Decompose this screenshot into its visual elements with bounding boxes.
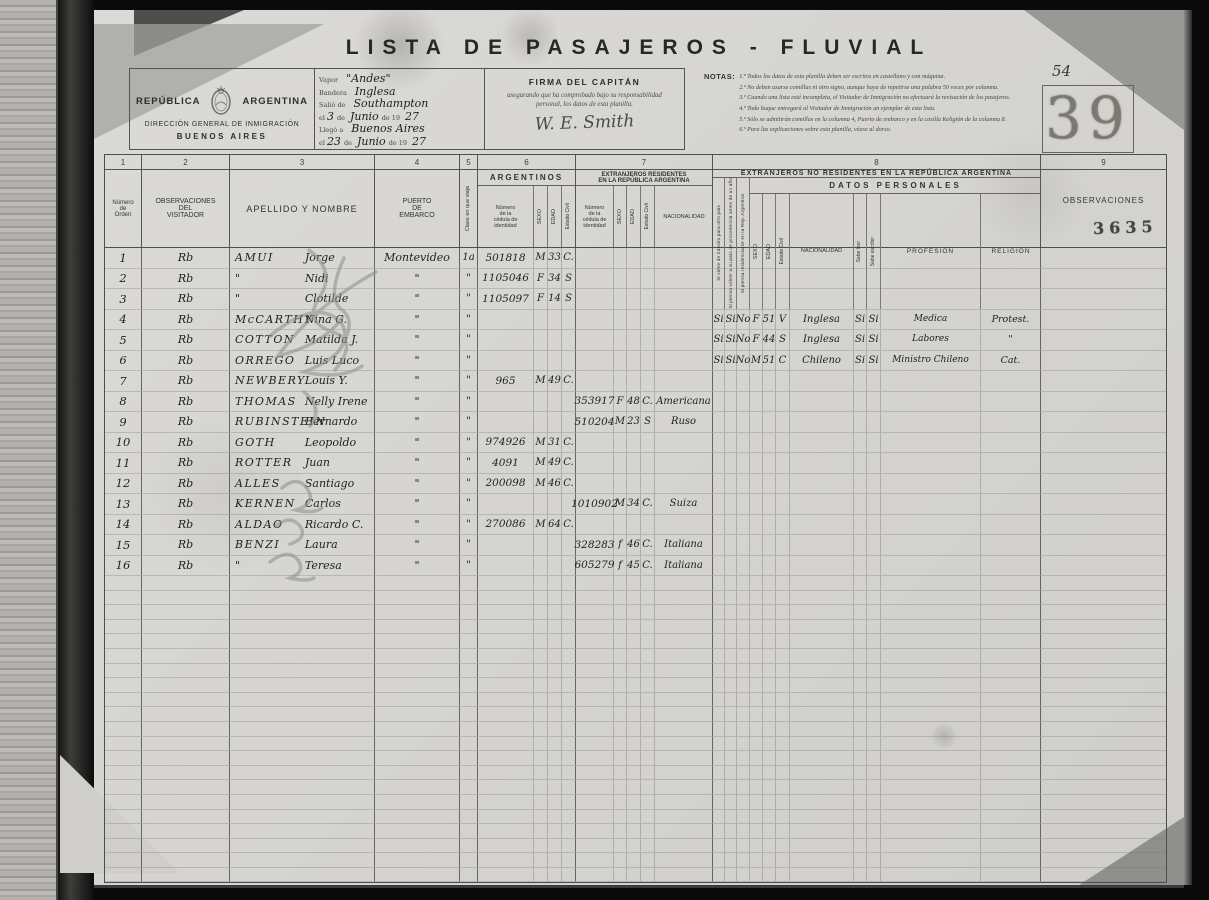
empty-cell xyxy=(713,591,725,606)
empty-cell xyxy=(534,634,548,649)
empty-cell xyxy=(713,737,725,752)
empty-cell xyxy=(562,634,576,649)
nr_age-cell xyxy=(763,433,776,454)
empty-cell xyxy=(548,810,562,825)
a_ec-cell: S xyxy=(562,269,576,290)
vis-cell: Rb xyxy=(142,474,230,495)
n1-cell xyxy=(713,433,725,454)
empty-cell xyxy=(725,693,737,708)
empty-cell xyxy=(763,649,776,664)
r_nac-cell xyxy=(655,248,713,269)
nr_nac-cell xyxy=(790,412,854,433)
nr_age-cell xyxy=(763,412,776,433)
empty-cell xyxy=(576,707,614,722)
a_age-cell xyxy=(548,351,562,372)
empty-cell xyxy=(981,620,1041,635)
empty-cell xyxy=(230,810,375,825)
empty-cell xyxy=(725,795,737,810)
empty-cell xyxy=(713,780,725,795)
nr_leer-cell xyxy=(854,453,867,474)
header-ext-no-residentes: EXTRANJEROS NO RESIDENTES EN LA REPÚBLIC… xyxy=(713,170,1040,178)
empty-cell xyxy=(142,737,230,752)
nr_age-cell xyxy=(763,494,776,515)
nr_prof-cell xyxy=(881,494,981,515)
nr_prof-cell xyxy=(881,392,981,413)
nr_esc-cell xyxy=(867,412,881,433)
a_ced-cell: 1105097 xyxy=(478,289,534,310)
row-number-cell: 12 xyxy=(105,474,142,495)
empty-cell xyxy=(614,634,627,649)
empty-cell xyxy=(375,766,460,781)
empty-cell xyxy=(562,737,576,752)
empty-cell xyxy=(737,766,750,781)
el-label-2: el xyxy=(319,139,325,147)
a_age-cell: 31 xyxy=(548,433,562,454)
n3-cell xyxy=(737,433,750,454)
empty-cell xyxy=(790,810,854,825)
col-num: 7 xyxy=(576,155,713,169)
letterhead-strip: REPÚBLICA ARGENTINA DIRECCIÓN GENERAL DE… xyxy=(129,68,685,150)
captain-signature-box: FIRMA DEL CAPITÁN asegurando que ha comp… xyxy=(485,68,685,150)
empty-cell xyxy=(854,868,867,883)
a_ced-cell: 974926 xyxy=(478,433,534,454)
a_ced-cell xyxy=(478,392,534,413)
name-cell: GOTHLeopoldo xyxy=(230,433,375,454)
empty-cell xyxy=(981,824,1041,839)
nota-item: 3.ª Cuando una lista esté incompleta, el… xyxy=(739,93,1010,104)
nr_prof-cell xyxy=(881,453,981,474)
a_ced-cell xyxy=(478,494,534,515)
empty-cell xyxy=(534,795,548,810)
empty-cell xyxy=(655,576,713,591)
r_sex-cell: F xyxy=(614,392,627,413)
empty-cell xyxy=(763,780,776,795)
empty-cell xyxy=(1041,707,1166,722)
empty-cell xyxy=(981,839,1041,854)
captain-signature: W. E. Smith xyxy=(485,110,685,137)
nr_sex-cell: M xyxy=(750,351,763,372)
nr_rel-cell xyxy=(981,494,1041,515)
col-num: 2 xyxy=(142,155,230,169)
r_sex-cell: f xyxy=(614,556,627,577)
empty-cell xyxy=(776,868,790,883)
empty-cell xyxy=(548,780,562,795)
empty-cell xyxy=(142,839,230,854)
empty-cell xyxy=(627,664,641,679)
r_nac-cell: Italiana xyxy=(655,556,713,577)
nr_prof-cell xyxy=(881,269,981,290)
empty-cell xyxy=(867,853,881,868)
de-label: de xyxy=(337,114,345,122)
hand-page-number: 54 xyxy=(1052,62,1071,80)
empty-cell xyxy=(881,591,981,606)
empty-cell xyxy=(562,707,576,722)
empty-cell xyxy=(562,795,576,810)
empty-cell xyxy=(981,649,1041,664)
empty-cell xyxy=(627,795,641,810)
empty-cell xyxy=(776,795,790,810)
empty-cell xyxy=(737,620,750,635)
empty-cell xyxy=(460,722,478,737)
obs-cell xyxy=(1041,289,1166,310)
empty-cell xyxy=(737,824,750,839)
empty-cell xyxy=(230,678,375,693)
empty-cell xyxy=(867,839,881,854)
empty-cell xyxy=(725,868,737,883)
nr_leer-cell xyxy=(854,412,867,433)
a_age-cell xyxy=(548,494,562,515)
obs-cell xyxy=(1041,392,1166,413)
empty-cell xyxy=(1041,693,1166,708)
empty-cell xyxy=(655,868,713,883)
r_ec-cell xyxy=(641,330,655,351)
empty-cell xyxy=(725,664,737,679)
empty-cell xyxy=(375,605,460,620)
header-cedula-arg: Número de la cédula de identidad xyxy=(478,186,534,247)
empty-cell xyxy=(627,576,641,591)
empty-cell xyxy=(548,620,562,635)
firma-title: FIRMA DEL CAPITÁN xyxy=(485,77,684,87)
empty-cell xyxy=(854,824,867,839)
r_age-cell: 23 xyxy=(627,412,641,433)
empty-cell xyxy=(763,605,776,620)
page-title: LISTA DE PASAJEROS - FLUVIAL xyxy=(94,36,1184,60)
r_ced-cell xyxy=(576,289,614,310)
empty-cell xyxy=(750,839,763,854)
empty-cell xyxy=(655,795,713,810)
a_age-cell: 34 xyxy=(548,269,562,290)
nr_sex-cell xyxy=(750,453,763,474)
r_sex-cell: M xyxy=(614,412,627,433)
empty-cell xyxy=(641,707,655,722)
empty-cell xyxy=(790,649,854,664)
empty-cell xyxy=(534,824,548,839)
r_nac-cell xyxy=(655,351,713,372)
empty-cell xyxy=(737,853,750,868)
name-cell: AMUIJorge xyxy=(230,248,375,269)
empty-cell xyxy=(548,722,562,737)
empty-cell xyxy=(713,824,725,839)
name-cell: NEWBERYLouis Y. xyxy=(230,371,375,392)
col-num: 6 xyxy=(478,155,576,169)
empty-cell xyxy=(460,693,478,708)
empty-cell xyxy=(230,751,375,766)
empty-cell xyxy=(881,868,981,883)
r_ced-cell: 510204 xyxy=(576,412,614,433)
nr_esc-cell: Si xyxy=(867,310,881,331)
empty-cell xyxy=(763,810,776,825)
empty-cell xyxy=(776,810,790,825)
empty-cell xyxy=(562,605,576,620)
empty-cell xyxy=(576,853,614,868)
a_sex-cell xyxy=(534,330,548,351)
empty-cell xyxy=(562,780,576,795)
n1-cell xyxy=(713,535,725,556)
nr_prof-cell xyxy=(881,289,981,310)
empty-cell xyxy=(562,810,576,825)
empty-cell xyxy=(867,649,881,664)
empty-cell xyxy=(750,795,763,810)
empty-cell xyxy=(576,722,614,737)
empty-cell xyxy=(655,634,713,649)
empty-cell xyxy=(750,634,763,649)
empty-cell xyxy=(655,810,713,825)
empty-cell xyxy=(1041,620,1166,635)
vis-cell: Rb xyxy=(142,515,230,536)
empty-cell xyxy=(460,795,478,810)
nr_leer-cell xyxy=(854,556,867,577)
empty-cell xyxy=(776,722,790,737)
empty-cell xyxy=(627,722,641,737)
port-cell: " xyxy=(375,351,460,372)
nr_nac-cell: Inglesa xyxy=(790,330,854,351)
empty-cell xyxy=(142,634,230,649)
empty-cell xyxy=(867,795,881,810)
empty-cell xyxy=(627,649,641,664)
empty-cell xyxy=(867,810,881,825)
n2-cell xyxy=(725,535,737,556)
name-cell: "Nidi xyxy=(230,269,375,290)
empty-cell xyxy=(881,780,981,795)
a_ced-cell xyxy=(478,310,534,331)
col-num: 5 xyxy=(460,155,478,169)
nr_age-cell xyxy=(763,392,776,413)
empty-cell xyxy=(1041,605,1166,620)
letterhead-ciudad: BUENOS AIRES xyxy=(130,132,314,141)
empty-cell xyxy=(478,664,534,679)
empty-cell xyxy=(737,722,750,737)
empty-cell xyxy=(105,678,142,693)
header-edad-res: EDAD xyxy=(627,186,641,247)
empty-cell xyxy=(713,693,725,708)
r_age-cell: 48 xyxy=(627,392,641,413)
r_sex-cell xyxy=(614,330,627,351)
r_sex-cell xyxy=(614,269,627,290)
empty-cell xyxy=(375,839,460,854)
name-cell: ORREGOLuis Luco xyxy=(230,351,375,372)
vis-cell: Rb xyxy=(142,371,230,392)
empty-cell xyxy=(725,605,737,620)
vis-cell: Rb xyxy=(142,392,230,413)
nr_esc-cell: Si xyxy=(867,351,881,372)
empty-cell xyxy=(641,678,655,693)
empty-cell xyxy=(534,868,548,883)
r_age-cell xyxy=(627,371,641,392)
empty-cell xyxy=(776,605,790,620)
empty-cell xyxy=(1041,591,1166,606)
nr_prof-cell xyxy=(881,535,981,556)
empty-cell xyxy=(981,693,1041,708)
nr_nac-cell xyxy=(790,556,854,577)
empty-cell xyxy=(655,853,713,868)
empty-cell xyxy=(713,605,725,620)
nr_leer-cell xyxy=(854,535,867,556)
empty-cell xyxy=(576,868,614,883)
nr_rel-cell xyxy=(981,371,1041,392)
empty-cell xyxy=(790,853,854,868)
empty-cell xyxy=(854,839,867,854)
empty-cell xyxy=(375,634,460,649)
empty-cell xyxy=(790,591,854,606)
empty-cell xyxy=(460,868,478,883)
empty-cell xyxy=(641,664,655,679)
header-sexo-arg: SEXO xyxy=(534,186,548,247)
n1-cell xyxy=(713,392,725,413)
empty-cell xyxy=(534,693,548,708)
nr_sex-cell xyxy=(750,371,763,392)
port-cell: " xyxy=(375,392,460,413)
empty-cell xyxy=(750,737,763,752)
row-number-cell: 4 xyxy=(105,310,142,331)
empty-cell xyxy=(548,795,562,810)
name-cell: RUBINSTEINBernardo xyxy=(230,412,375,433)
nr_rel-cell xyxy=(981,269,1041,290)
empty-cell xyxy=(981,678,1041,693)
n2-cell xyxy=(725,453,737,474)
empty-cell xyxy=(534,766,548,781)
port-cell: " xyxy=(375,269,460,290)
r_nac-cell: Italiana xyxy=(655,535,713,556)
a_sex-cell: M xyxy=(534,433,548,454)
empty-cell xyxy=(776,751,790,766)
r_ced-cell xyxy=(576,351,614,372)
n3-cell xyxy=(737,474,750,495)
nr_ec-cell xyxy=(776,371,790,392)
clase-cell: " xyxy=(460,556,478,577)
empty-cell xyxy=(105,649,142,664)
a_ec-cell: S xyxy=(562,289,576,310)
nr_leer-cell xyxy=(854,515,867,536)
empty-cell xyxy=(854,664,867,679)
empty-cell xyxy=(881,810,981,825)
clase-cell: " xyxy=(460,351,478,372)
r_ced-cell xyxy=(576,371,614,392)
row-number-cell: 14 xyxy=(105,515,142,536)
empty-cell xyxy=(614,576,627,591)
vis-cell: Rb xyxy=(142,433,230,454)
empty-cell xyxy=(230,795,375,810)
nr_leer-cell: Si xyxy=(854,330,867,351)
name-cell: KERNENCarlos xyxy=(230,494,375,515)
empty-cell xyxy=(641,722,655,737)
empty-cell xyxy=(776,737,790,752)
empty-cell xyxy=(478,634,534,649)
header-group-ext-residentes: EXTRANJEROS RESIDENTES EN LA REPÚBLICA A… xyxy=(576,170,713,247)
empty-cell xyxy=(655,620,713,635)
a_sex-cell: M xyxy=(534,453,548,474)
empty-cell xyxy=(142,751,230,766)
empty-cell xyxy=(763,664,776,679)
nr_leer-cell xyxy=(854,289,867,310)
empty-cell xyxy=(230,576,375,591)
r_ced-cell xyxy=(576,330,614,351)
empty-cell xyxy=(614,810,627,825)
row-number-cell: 13 xyxy=(105,494,142,515)
header-cedula-res: Número de la cédula de identidad xyxy=(576,186,614,247)
nr_sex-cell xyxy=(750,269,763,290)
nr_rel-cell xyxy=(981,289,1041,310)
empty-cell xyxy=(614,737,627,752)
empty-cell xyxy=(562,839,576,854)
empty-cell xyxy=(562,678,576,693)
obs-cell xyxy=(1041,248,1166,269)
letterhead: REPÚBLICA ARGENTINA DIRECCIÓN GENERAL DE… xyxy=(129,68,315,150)
empty-cell xyxy=(534,839,548,854)
empty-cell xyxy=(548,591,562,606)
empty-cell xyxy=(105,780,142,795)
r_ec-cell xyxy=(641,371,655,392)
empty-cell xyxy=(867,722,881,737)
nr_leer-cell xyxy=(854,494,867,515)
empty-cell xyxy=(230,868,375,883)
r_ced-cell xyxy=(576,515,614,536)
r_ec-cell xyxy=(641,474,655,495)
nr_nac-cell xyxy=(790,289,854,310)
empty-cell xyxy=(142,766,230,781)
nr_prof-cell: Medica xyxy=(881,310,981,331)
empty-cell xyxy=(737,649,750,664)
nr_ec-cell xyxy=(776,412,790,433)
empty-cell xyxy=(854,576,867,591)
n2-cell xyxy=(725,412,737,433)
nota-item: 6.ª Para las explicaciones sobre esta pl… xyxy=(739,125,1010,136)
empty-cell xyxy=(750,853,763,868)
empty-cell xyxy=(627,780,641,795)
empty-cell xyxy=(375,751,460,766)
a_age-cell: 49 xyxy=(548,371,562,392)
empty-cell xyxy=(1041,853,1166,868)
nr_ec-cell xyxy=(776,556,790,577)
nr_age-cell xyxy=(763,515,776,536)
empty-cell xyxy=(1041,722,1166,737)
empty-cell xyxy=(534,576,548,591)
a_age-cell xyxy=(548,412,562,433)
empty-cell xyxy=(713,649,725,664)
sheet-number-box: 39 xyxy=(1042,85,1134,153)
empty-cell xyxy=(142,693,230,708)
empty-cell xyxy=(750,649,763,664)
r_nac-cell xyxy=(655,289,713,310)
nr_ec-cell xyxy=(776,494,790,515)
r_ec-cell: C. xyxy=(641,494,655,515)
empty-cell xyxy=(763,868,776,883)
empty-cell xyxy=(478,649,534,664)
nr_prof-cell xyxy=(881,556,981,577)
empty-cell xyxy=(576,591,614,606)
a_age-cell: 49 xyxy=(548,453,562,474)
empty-cell xyxy=(1041,634,1166,649)
vis-cell: Rb xyxy=(142,412,230,433)
empty-cell xyxy=(750,707,763,722)
empty-cell xyxy=(460,649,478,664)
a_ced-cell: 965 xyxy=(478,371,534,392)
obs-cell xyxy=(1041,474,1166,495)
empty-cell xyxy=(1041,824,1166,839)
n3-cell xyxy=(737,371,750,392)
empty-cell xyxy=(627,591,641,606)
empty-cell xyxy=(562,576,576,591)
clase-cell: " xyxy=(460,453,478,474)
empty-cell xyxy=(725,634,737,649)
empty-cell xyxy=(478,853,534,868)
port-cell: Montevideo xyxy=(375,248,460,269)
n3-cell xyxy=(737,412,750,433)
empty-cell xyxy=(375,737,460,752)
empty-cell xyxy=(776,853,790,868)
nr_nac-cell xyxy=(790,515,854,536)
page-right-edge xyxy=(1184,10,1192,885)
empty-cell xyxy=(142,810,230,825)
